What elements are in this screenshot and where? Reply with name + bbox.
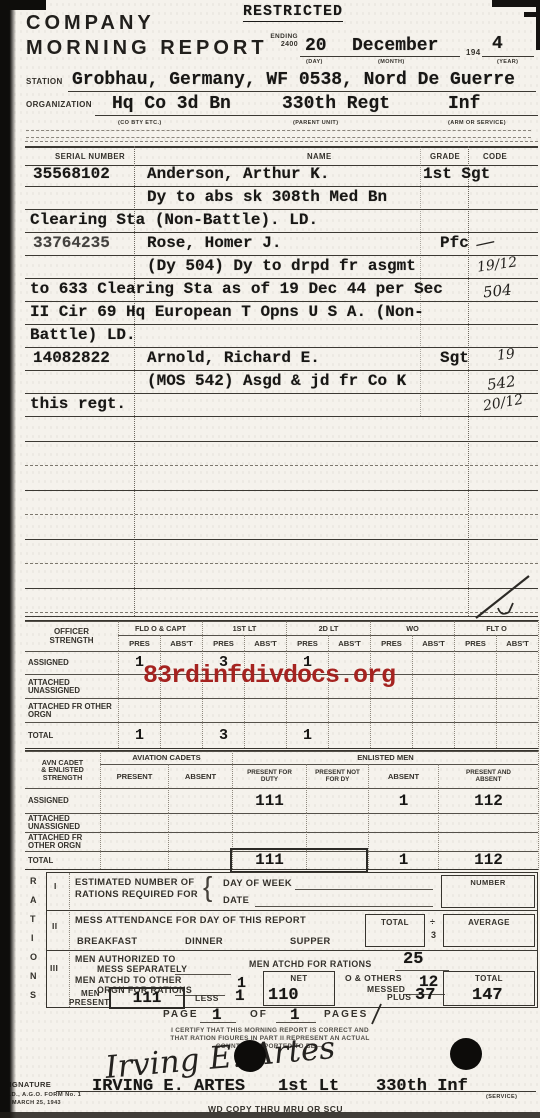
blank-line xyxy=(25,612,538,617)
remark-cell: (Dy 504) Dy to drpd fr asgmt xyxy=(147,257,416,275)
sub-header: PRES xyxy=(370,635,412,651)
authorized-label: MEN AUTHORIZED TO xyxy=(75,954,176,964)
roster-row: this regt. 20/12 xyxy=(25,393,538,417)
cell xyxy=(412,674,454,698)
drawn-box xyxy=(230,848,368,873)
group-header: AVIATION CADETS xyxy=(100,751,232,764)
cell xyxy=(368,832,438,851)
cell xyxy=(202,698,244,722)
corner-line: STRENGTH xyxy=(50,637,94,645)
watermark: 83rdinfdivdocs.org xyxy=(143,661,395,690)
remark-cell: Battle) LD. xyxy=(30,326,136,344)
group-header: ENLISTED MEN xyxy=(232,751,538,764)
serial-cell: 35568102 xyxy=(33,165,110,183)
group-header: FLT O xyxy=(454,621,538,635)
report-year: 4 xyxy=(492,34,503,54)
total-box: TOTAL xyxy=(365,914,425,947)
cell xyxy=(370,722,412,748)
code-mark: — xyxy=(473,228,498,256)
cell: 1 xyxy=(118,722,160,748)
organization-label: ORGANIZATION xyxy=(26,100,92,109)
sub-header: ABS'T xyxy=(412,635,454,651)
cell xyxy=(244,722,286,748)
rule xyxy=(300,56,460,57)
report-day: 20 xyxy=(305,36,327,56)
year-sublabel: (YEAR) xyxy=(497,59,518,65)
grade-cell: Pfc xyxy=(440,234,469,252)
men-present-value: 111 xyxy=(133,989,162,1007)
rule xyxy=(47,950,537,951)
number-label: NUMBER xyxy=(442,878,534,887)
row-label: ATTACHED FR OTHER ORGN xyxy=(25,698,118,722)
group-header: 1ST LT xyxy=(202,621,286,635)
scan-edge-top-left xyxy=(0,0,46,10)
roster-row: Battle) LD. xyxy=(25,324,538,348)
dinner-label: DINNER xyxy=(185,936,223,946)
men-label: PRESENT xyxy=(69,998,110,1007)
less-value: 1 xyxy=(235,987,245,1005)
name-cell: Anderson, Arthur K. xyxy=(147,165,329,183)
blank-line xyxy=(25,514,538,540)
sub-header: ABSENT xyxy=(168,764,232,788)
cell xyxy=(168,788,232,813)
rule xyxy=(395,953,449,971)
corner-line: STRENGTH xyxy=(43,774,83,782)
cell xyxy=(368,813,438,832)
scan-edge-right xyxy=(536,0,540,50)
men-present-box: 111 xyxy=(109,987,185,1009)
total-label: TOTAL xyxy=(366,918,424,927)
atchd-rations-label: MEN ATCHD FOR RATIONS xyxy=(249,959,372,969)
rations-letter: R xyxy=(30,876,37,886)
cell xyxy=(118,698,160,722)
pages-label: PAGES xyxy=(324,1009,368,1020)
average-label: AVERAGE xyxy=(444,918,534,927)
smudged-print-line xyxy=(26,130,531,131)
grand-total-label: TOTAL xyxy=(444,974,534,983)
cell xyxy=(100,832,168,851)
cell xyxy=(168,813,232,832)
ending-label: ENDING xyxy=(262,33,298,40)
cell xyxy=(412,698,454,722)
name-header: NAME xyxy=(307,152,332,161)
sub-header: ABS'T xyxy=(496,635,538,651)
month-sublabel: (MONTH) xyxy=(378,59,405,65)
row-label: ATTACHED UNASSIGNED xyxy=(25,813,100,832)
blank-line xyxy=(25,539,538,565)
breakfast-label: BREAKFAST xyxy=(77,936,137,946)
cell xyxy=(454,651,496,674)
group-header: WO xyxy=(370,621,454,635)
handwritten-mark xyxy=(468,574,534,620)
cell: 1 xyxy=(286,722,328,748)
regiment-sublabel: (PARENT UNIT) xyxy=(293,120,338,126)
code-header: CODE xyxy=(483,152,507,161)
roster-row: Dy to abs sk 308th Med Bn xyxy=(25,186,538,210)
restricted-banner: RESTRICTED xyxy=(243,3,343,22)
scan-edge-bottom xyxy=(0,1112,540,1118)
cell: 112 xyxy=(438,788,538,813)
less-label: LESS xyxy=(195,993,219,1003)
sub-header: PRES xyxy=(118,635,160,651)
cell: 111 xyxy=(232,788,306,813)
row-label: ASSIGNED xyxy=(25,651,118,674)
serial-header: SERIAL NUMBER xyxy=(55,152,125,161)
certification-line: I CERTIFY THAT THIS MORNING REPORT IS CO… xyxy=(120,1027,420,1034)
roster-row: Clearing Sta (Non-Battle). LD. xyxy=(25,209,538,233)
men-label: MEN xyxy=(81,989,100,998)
cell xyxy=(286,698,328,722)
remark-cell: to 633 Clearing Sta as of 19 Dec 44 per … xyxy=(30,280,443,298)
remark-cell: this regt. xyxy=(30,395,126,413)
cell xyxy=(244,698,286,722)
service-sublabel: (SERVICE) xyxy=(486,1094,517,1100)
cell xyxy=(496,698,538,722)
row-label: ASSIGNED xyxy=(25,788,100,813)
total-pages: 1 xyxy=(290,1006,300,1024)
blank-line xyxy=(25,563,538,589)
sub-header: PRESENT xyxy=(100,764,168,788)
rations-label: RATIONS REQUIRED FOR xyxy=(75,889,198,899)
rule xyxy=(255,893,433,907)
corner-label: AVN CADET & ENLISTED STRENGTH xyxy=(25,751,100,788)
row-label: ATTACHED FR OTHER ORGN xyxy=(25,832,100,851)
rule xyxy=(175,962,231,975)
cell xyxy=(160,698,202,722)
cell xyxy=(160,722,202,748)
rule xyxy=(482,56,534,57)
name-cell: Arnold, Richard E. xyxy=(147,349,320,367)
cell xyxy=(412,722,454,748)
cell xyxy=(454,674,496,698)
organization-regiment: 330th Regt xyxy=(282,94,390,114)
blank-line xyxy=(25,441,538,467)
supper-label: SUPPER xyxy=(290,936,331,946)
year-prefix: 194 xyxy=(466,48,481,57)
rule xyxy=(295,876,433,890)
cell xyxy=(328,722,370,748)
authorized-label: MESS SEPARATELY xyxy=(97,964,187,974)
report-title-line1: COMPANY xyxy=(26,12,155,35)
cell xyxy=(328,698,370,722)
hole-punch xyxy=(234,1040,266,1072)
cell xyxy=(370,698,412,722)
report-month: December xyxy=(352,36,438,56)
roster-row: 14082822 Arnold, Richard E. Sgt 19 xyxy=(25,347,538,371)
scan-edge-top-right xyxy=(492,0,540,7)
average-box: AVERAGE xyxy=(443,914,535,947)
roster-row: 33764235 Rose, Homer J. Pfc — xyxy=(25,232,538,256)
remark-cell: (MOS 542) Asgd & jd fr Co K xyxy=(147,372,406,390)
rations-letter: A xyxy=(30,895,37,905)
part-numeral: I xyxy=(54,881,57,891)
rule xyxy=(95,115,538,116)
cell xyxy=(438,813,538,832)
net-value: 110 xyxy=(268,986,299,1005)
cell xyxy=(100,813,168,832)
rations-letter: I xyxy=(31,933,34,943)
divide-sign: ÷ xyxy=(430,917,435,927)
scan-edge-left xyxy=(0,0,16,1118)
rule xyxy=(25,141,538,142)
number-box: NUMBER xyxy=(441,875,535,908)
sub-header: PRESENT FOR DUTY xyxy=(232,764,306,788)
ending-time: 2400 xyxy=(262,41,298,48)
cell: 3 xyxy=(202,722,244,748)
sub-header: ABS'T xyxy=(328,635,370,651)
signature-typed: IRVING E. ARTES xyxy=(92,1077,245,1096)
organization-company: Hq Co 3d Bn xyxy=(112,94,231,114)
blank-line xyxy=(25,465,538,491)
cell xyxy=(100,851,168,869)
page-number: 1 xyxy=(212,1006,222,1024)
roster-row: 35568102 Anderson, Arthur K. 1st Sgt xyxy=(25,163,538,187)
sub-header: PRESENT NOT FOR DY xyxy=(306,764,368,788)
rule xyxy=(47,910,537,911)
blank-line xyxy=(25,490,538,516)
remark-cell: II Cir 69 Hq European T Opns U S A. (Non… xyxy=(30,303,424,321)
rations-letter: S xyxy=(30,990,36,1000)
day-sublabel: (DAY) xyxy=(306,59,323,65)
sub-header: ABS'T xyxy=(244,635,286,651)
grade-cell: 1st Sgt xyxy=(423,165,490,183)
sub-header: PRESENT AND ABSENT xyxy=(438,764,538,788)
rations-section: I II III ESTIMATED NUMBER OF RATIONS REQ… xyxy=(46,872,538,1008)
rule xyxy=(68,91,536,92)
roster-row: II Cir 69 Hq European T Opns U S A. (Non… xyxy=(25,301,538,325)
remark-cell: Dy to abs sk 308th Med Bn xyxy=(147,188,387,206)
roster-row: (MOS 542) Asgd & jd fr Co K 542 xyxy=(25,370,538,394)
group-header: FLD O & CAPT xyxy=(118,621,202,635)
report-title-line2: MORNING REPORT xyxy=(26,37,268,60)
cell xyxy=(496,651,538,674)
cell xyxy=(412,651,454,674)
sub-header: ABS'T xyxy=(160,635,202,651)
brace: { xyxy=(203,871,212,903)
mess-attendance-title: MESS ATTENDANCE FOR DAY OF THIS REPORT xyxy=(75,915,306,925)
code-mark: 19/12 xyxy=(476,254,518,275)
cell xyxy=(168,851,232,869)
cell xyxy=(306,788,368,813)
code-mark: 542 xyxy=(486,372,517,394)
net-label: NET xyxy=(264,974,334,983)
part-numeral: III xyxy=(50,963,58,973)
serial-cell: 33764235 xyxy=(33,234,110,252)
plus-label: PLUS xyxy=(387,992,411,1002)
blank-line xyxy=(25,588,538,614)
station-value: Grobhau, Germany, WF 0538, Nord De Guerr… xyxy=(72,70,515,90)
column-separator xyxy=(69,873,70,1007)
row-label: ATTACHED UNASSIGNED xyxy=(25,674,118,698)
grade-header: GRADE xyxy=(430,152,460,161)
handwritten-mark xyxy=(368,1002,384,1026)
grand-total-value: 147 xyxy=(472,986,503,1005)
code-mark: 504 xyxy=(482,281,512,302)
row-label: TOTAL xyxy=(25,851,100,869)
part-numeral: II xyxy=(52,921,58,931)
cell xyxy=(454,722,496,748)
of-label: OF xyxy=(250,1009,268,1020)
remark-cell: Clearing Sta (Non-Battle). LD. xyxy=(30,211,318,229)
grade-cell: Sgt xyxy=(440,349,469,367)
rations-label: ESTIMATED NUMBER OF xyxy=(75,877,195,887)
net-box: NET 110 xyxy=(263,971,335,1006)
page-label: PAGE xyxy=(163,1009,199,1020)
corner-label: OFFICER STRENGTH xyxy=(25,621,118,651)
date-label: DATE xyxy=(223,895,249,905)
cell xyxy=(232,813,306,832)
company-sublabel: (CO BTY ETC.) xyxy=(118,120,162,126)
form-date: MARCH 25, 1943 xyxy=(12,1100,61,1106)
plus-value: 37 xyxy=(415,986,435,1005)
cell: 1 xyxy=(368,851,438,869)
hole-punch xyxy=(450,1038,482,1070)
serial-cell: 14082822 xyxy=(33,349,110,367)
group-header: 2D LT xyxy=(286,621,370,635)
rations-letter: O xyxy=(30,952,37,962)
rations-letter: T xyxy=(30,914,36,924)
cell xyxy=(100,788,168,813)
cell xyxy=(496,722,538,748)
day-of-week-label: DAY OF WEEK xyxy=(223,878,292,888)
arm-sublabel: (ARM OR SERVICE) xyxy=(448,120,506,126)
atchd-other-label: MEN ATCHD TO OTHER xyxy=(75,975,182,985)
row-label: TOTAL xyxy=(25,722,118,748)
sub-header: PRES xyxy=(454,635,496,651)
roster-row: to 633 Clearing Sta as of 19 Dec 44 per … xyxy=(25,278,538,302)
organization-arm: Inf xyxy=(448,94,480,114)
cell: 112 xyxy=(438,851,538,869)
code-mark: 19 xyxy=(496,346,515,364)
grand-total-box: TOTAL 147 xyxy=(443,971,535,1006)
cell xyxy=(306,813,368,832)
rations-letter: N xyxy=(30,971,37,981)
blank-line xyxy=(25,416,538,442)
morning-report-scan: RESTRICTED COMPANY MORNING REPORT ENDING… xyxy=(0,0,540,1118)
cell xyxy=(496,674,538,698)
sub-header: PRES xyxy=(202,635,244,651)
cell: 1 xyxy=(368,788,438,813)
sub-header: ABSENT xyxy=(368,764,438,788)
name-cell: Rose, Homer J. xyxy=(147,234,281,252)
cell xyxy=(438,832,538,851)
station-label: STATION xyxy=(26,77,63,86)
divisor: 3 xyxy=(431,930,436,940)
smudged-print-line xyxy=(26,137,531,138)
cell xyxy=(168,832,232,851)
cell xyxy=(454,698,496,722)
code-mark: 20/12 xyxy=(482,392,525,415)
signature-unit: 330th Inf xyxy=(376,1077,468,1096)
sub-header: PRES xyxy=(286,635,328,651)
others-label: O & OTHERS xyxy=(345,973,402,983)
signature-grade: 1st Lt xyxy=(278,1077,339,1096)
roster-row: (Dy 504) Dy to drpd fr asgmt 19/12 xyxy=(25,255,538,279)
